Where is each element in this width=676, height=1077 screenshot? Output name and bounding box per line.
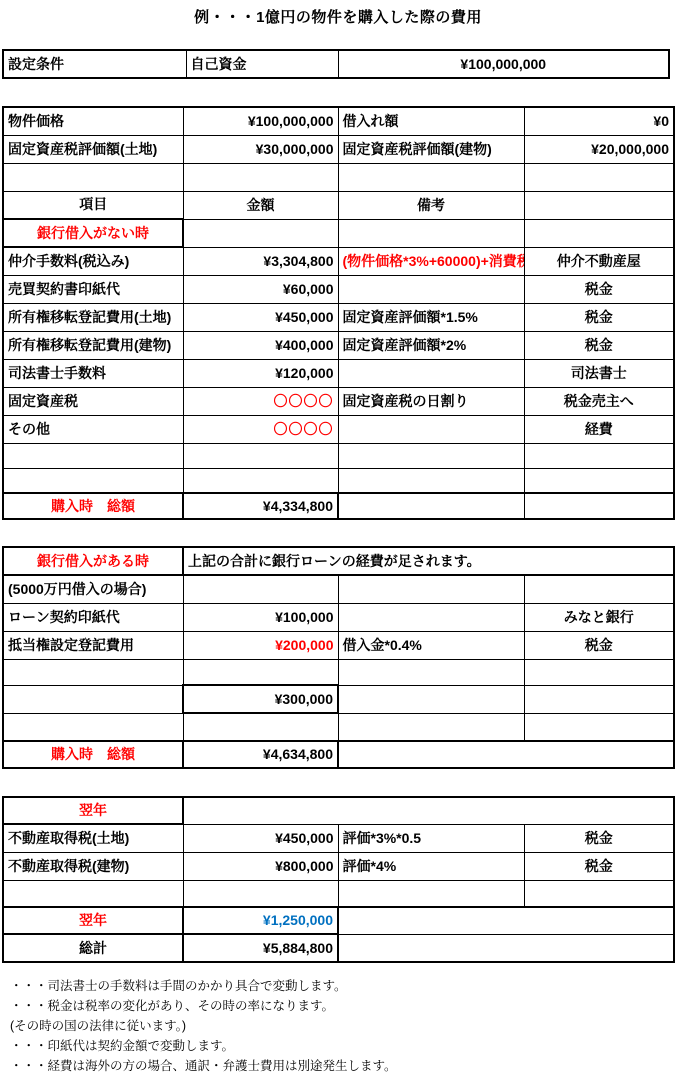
table-row: (5000万円借入の場合)	[3, 575, 674, 603]
loan-banner: 銀行借入がある時	[3, 547, 183, 575]
empty-cell	[338, 659, 524, 685]
empty-cell	[524, 575, 674, 603]
brokerage-fee-value: ¥3,304,800	[183, 247, 338, 275]
next-year-table: 翌年 不動産取得税(土地) ¥450,000 評価*3%*0.5 税金 不動産取…	[2, 796, 675, 963]
table-row: 翌年	[3, 797, 674, 824]
empty-cell	[338, 359, 524, 387]
table-row: ローン契約印紙代 ¥100,000 みなと銀行	[3, 603, 674, 631]
acq-tax-land-value: ¥450,000	[183, 824, 338, 852]
table-row: 不動産取得税(土地) ¥450,000 評価*3%*0.5 税金	[3, 824, 674, 852]
mortgage-reg-value: ¥200,000	[183, 631, 338, 659]
transfer-reg-land-formula: 固定資産評価額*1.5%	[338, 303, 524, 331]
property-price-label: 物件価格	[3, 107, 183, 135]
table-row: 銀行借入がある時 上記の合計に銀行ローンの経費が足されます。	[3, 547, 674, 575]
other-cost-label: その他	[3, 415, 183, 443]
table-row: 項目 金額 備考	[3, 191, 674, 219]
table-row: 物件価格 ¥100,000,000 借入れ額 ¥0	[3, 107, 674, 135]
empty-cell	[524, 713, 674, 741]
scrivener-payee: 司法書士	[524, 359, 674, 387]
table-row: 総計 ¥5,884,800	[3, 934, 674, 962]
empty-cell	[338, 741, 674, 768]
property-tax-payee: 税金売主へ	[524, 387, 674, 415]
table-row	[3, 713, 674, 741]
table-row	[3, 163, 674, 191]
transfer-reg-building-label: 所有権移転登記費用(建物)	[3, 331, 183, 359]
empty-cell	[183, 468, 338, 493]
footer-notes: ・・・司法書士の手数料は手間のかかり具合で変動します。 ・・・税金は税率の変化が…	[10, 976, 670, 1076]
table-row: 固定資産税 〇〇〇〇 固定資産税の日割り 税金売主へ	[3, 387, 674, 415]
empty-cell	[338, 219, 524, 247]
note-line: ・・・印紙代は契約金額で変動します。	[10, 1036, 670, 1056]
loan-stamp-value: ¥100,000	[183, 603, 338, 631]
empty-cell	[3, 659, 183, 685]
next-year-banner: 翌年	[3, 797, 183, 824]
table-row: 司法書士手数料 ¥120,000 司法書士	[3, 359, 674, 387]
tax-note: 税金	[524, 852, 674, 880]
acq-tax-land-label: 不動産取得税(土地)	[3, 824, 183, 852]
page-title: 例・・・1億円の物件を購入した際の費用	[0, 6, 676, 27]
transfer-reg-building-formula: 固定資産評価額*2%	[338, 331, 524, 359]
table-row: 翌年 ¥1,250,000	[3, 907, 674, 934]
empty-cell	[183, 163, 338, 191]
loan-total-label: 購入時 総額	[3, 741, 183, 768]
next-year-subtotal-value: ¥1,250,000	[183, 907, 338, 934]
note-line: (その時の国の法律に従います。)	[10, 1016, 670, 1036]
tax-note: 税金	[524, 303, 674, 331]
table-row: 設定条件 自己資金 ¥100,000,000	[3, 50, 669, 78]
table-row: 所有権移転登記費用(土地) ¥450,000 固定資産評価額*1.5% 税金	[3, 303, 674, 331]
other-cost-placeholder: 〇〇〇〇	[183, 415, 338, 443]
loan-total-value: ¥4,634,800	[183, 741, 338, 768]
table-row: ¥300,000	[3, 685, 674, 713]
no-loan-banner: 銀行借入がない時	[3, 219, 183, 247]
empty-cell	[183, 443, 338, 468]
empty-cell	[3, 468, 183, 493]
setup-condition-label: 設定条件	[3, 50, 186, 78]
empty-cell	[338, 163, 524, 191]
assessed-land-value: ¥30,000,000	[183, 135, 338, 163]
assessed-building-value: ¥20,000,000	[524, 135, 674, 163]
note-line: ・・・司法書士の手数料は手間のかかり具合で変動します。	[10, 976, 670, 996]
empty-cell	[183, 219, 338, 247]
table-row	[3, 880, 674, 907]
empty-cell	[338, 493, 524, 519]
col-remarks-header: 備考	[338, 191, 524, 219]
purchase-total-value: ¥4,334,800	[183, 493, 338, 519]
tax-note: 税金	[524, 275, 674, 303]
empty-cell	[524, 191, 674, 219]
empty-cell	[183, 659, 338, 685]
transfer-reg-land-value: ¥450,000	[183, 303, 338, 331]
grand-total-value: ¥5,884,800	[183, 934, 338, 962]
transfer-reg-land-label: 所有権移転登記費用(土地)	[3, 303, 183, 331]
transfer-reg-building-value: ¥400,000	[183, 331, 338, 359]
col-item-header: 項目	[3, 191, 183, 219]
property-tax-placeholder: 〇〇〇〇	[183, 387, 338, 415]
table-row: 購入時 総額 ¥4,334,800	[3, 493, 674, 519]
empty-cell	[338, 275, 524, 303]
empty-cell	[338, 468, 524, 493]
table-row: 仲介手数料(税込み) ¥3,304,800 (物件価格*3%+60000)+消費…	[3, 247, 674, 275]
brokerage-fee-formula: (物件価格*3%+60000)+消費税	[338, 247, 524, 275]
grand-total-label: 総計	[3, 934, 183, 962]
empty-cell	[524, 493, 674, 519]
empty-cell	[183, 713, 338, 741]
brokerage-payee: 仲介不動産屋	[524, 247, 674, 275]
tax-note: 税金	[524, 824, 674, 852]
empty-cell	[183, 575, 338, 603]
tax-note: 税金	[524, 331, 674, 359]
property-tax-label: 固定資産税	[3, 387, 183, 415]
empty-cell	[524, 163, 674, 191]
acq-tax-building-formula: 評価*4%	[338, 852, 524, 880]
loan-subtotal-value: ¥300,000	[183, 685, 338, 713]
borrowed-amount-label: 借入れ額	[338, 107, 524, 135]
table-row	[3, 468, 674, 493]
empty-cell	[338, 907, 674, 934]
empty-cell	[3, 880, 183, 907]
empty-cell	[183, 797, 674, 824]
table-row	[3, 659, 674, 685]
acq-tax-land-formula: 評価*3%*0.5	[338, 824, 524, 852]
empty-cell	[338, 603, 524, 631]
table-row: 売買契約書印紙代 ¥60,000 税金	[3, 275, 674, 303]
sales-contract-stamp-value: ¥60,000	[183, 275, 338, 303]
empty-cell	[3, 685, 183, 713]
empty-cell	[338, 685, 524, 713]
loan-banner-note: 上記の合計に銀行ローンの経費が足されます。	[183, 547, 674, 575]
table-row: 不動産取得税(建物) ¥800,000 評価*4% 税金	[3, 852, 674, 880]
loan-cost-table: 銀行借入がある時 上記の合計に銀行ローンの経費が足されます。 (5000万円借入…	[2, 546, 675, 769]
mortgage-reg-formula: 借入金*0.4%	[338, 631, 524, 659]
loan-stamp-label: ローン契約印紙代	[3, 603, 183, 631]
equity-label: 自己資金	[186, 50, 338, 78]
scrivener-fee-value: ¥120,000	[183, 359, 338, 387]
borrowed-amount-value: ¥0	[524, 107, 674, 135]
empty-cell	[183, 880, 338, 907]
acq-tax-building-label: 不動産取得税(建物)	[3, 852, 183, 880]
empty-cell	[338, 575, 524, 603]
loan-stamp-payee: みなと銀行	[524, 603, 674, 631]
empty-cell	[338, 415, 524, 443]
note-line: ・・・税金は税率の変化があり、その時の率になります。	[10, 996, 670, 1016]
table-row	[3, 443, 674, 468]
empty-cell	[338, 880, 524, 907]
empty-cell	[3, 443, 183, 468]
loan-case-label: (5000万円借入の場合)	[3, 575, 183, 603]
property-tax-formula: 固定資産税の日割り	[338, 387, 524, 415]
table-row: 固定資産税評価額(土地) ¥30,000,000 固定資産税評価額(建物) ¥2…	[3, 135, 674, 163]
brokerage-fee-label: 仲介手数料(税込み)	[3, 247, 183, 275]
empty-cell	[524, 443, 674, 468]
empty-cell	[3, 713, 183, 741]
empty-cell	[524, 659, 674, 685]
purchase-total-label: 購入時 総額	[3, 493, 183, 519]
col-amount-header: 金額	[183, 191, 338, 219]
table-row: その他 〇〇〇〇 経費	[3, 415, 674, 443]
table-row: 購入時 総額 ¥4,634,800	[3, 741, 674, 768]
empty-cell	[524, 219, 674, 247]
empty-cell	[338, 934, 674, 962]
empty-cell	[338, 713, 524, 741]
table-row: 抵当権設定登記費用 ¥200,000 借入金*0.4% 税金	[3, 631, 674, 659]
other-cost-payee: 経費	[524, 415, 674, 443]
tax-note: 税金	[524, 631, 674, 659]
acq-tax-building-value: ¥800,000	[183, 852, 338, 880]
assessed-building-label: 固定資産税評価額(建物)	[338, 135, 524, 163]
mortgage-reg-label: 抵当権設定登記費用	[3, 631, 183, 659]
sales-contract-stamp-label: 売買契約書印紙代	[3, 275, 183, 303]
equity-value: ¥100,000,000	[338, 50, 669, 78]
table-row: 銀行借入がない時	[3, 219, 674, 247]
purchase-cost-table: 物件価格 ¥100,000,000 借入れ額 ¥0 固定資産税評価額(土地) ¥…	[2, 106, 675, 520]
empty-cell	[524, 685, 674, 713]
empty-cell	[524, 880, 674, 907]
empty-cell	[3, 163, 183, 191]
setup-table: 設定条件 自己資金 ¥100,000,000	[2, 49, 670, 79]
table-row: 所有権移転登記費用(建物) ¥400,000 固定資産評価額*2% 税金	[3, 331, 674, 359]
empty-cell	[524, 468, 674, 493]
assessed-land-label: 固定資産税評価額(土地)	[3, 135, 183, 163]
next-year-subtotal-label: 翌年	[3, 907, 183, 934]
property-price-value: ¥100,000,000	[183, 107, 338, 135]
note-line: ・・・経費は海外の方の場合、通訳・弁護士費用は別途発生します。	[10, 1056, 670, 1076]
scrivener-fee-label: 司法書士手数料	[3, 359, 183, 387]
empty-cell	[338, 443, 524, 468]
